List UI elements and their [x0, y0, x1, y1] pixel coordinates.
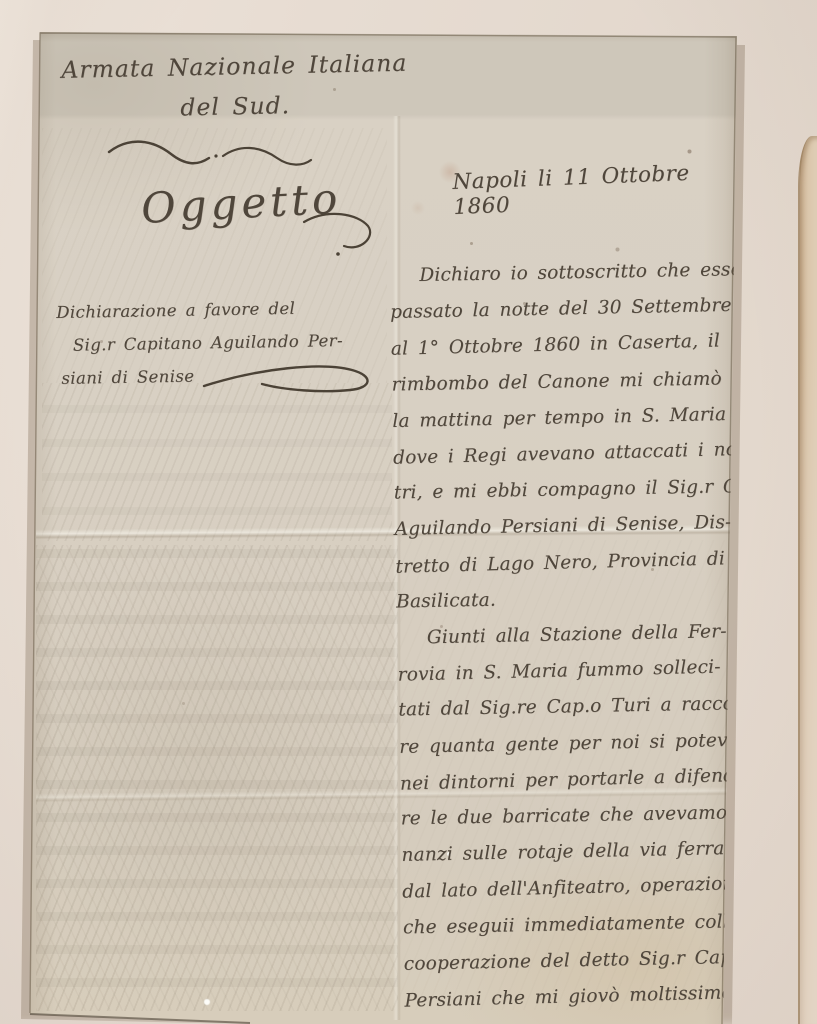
letterhead: Armata Nazionale Italiana del Sud. [58, 43, 412, 130]
letter-line: tati dal Sig.re Cap.o Turi a raccoglie- [398, 686, 751, 729]
manuscript-page: Armata Nazionale Italiana del Sud. Ogget… [0, 0, 817, 1024]
ink-bleedthrough-texture [42, 383, 392, 541]
photo-of-document: Armata Nazionale Italiana del Sud. Ogget… [0, 0, 817, 1024]
letterhead-line: Armata Nazionale Italiana [58, 43, 411, 90]
paper-flecks [0, 0, 4, 4]
letter-body: Dichiaro io sottoscritto che essendo pas… [389, 252, 757, 1019]
oggetto-swash-icon [300, 206, 380, 260]
paper-edge-shading [40, 32, 738, 42]
flourish-divider-icon [105, 136, 315, 170]
letter-line: tri, e mi ebbi compagno il Sig.r Cap.o [394, 469, 747, 512]
letter-line: rimbombo del Canone mi chiamò [391, 361, 744, 404]
adjacent-sheet-fade [800, 136, 817, 1024]
ink-bleedthrough-texture [36, 545, 398, 1011]
letter-line: Basilicata. [396, 578, 749, 621]
foxing-speckles [0, 0, 3, 3]
letter-line: Dichiaro io sottoscritto che essendo [389, 252, 742, 295]
letter-line: che eseguii immediatamente colla [403, 904, 756, 947]
letterhead-line: del Sud. [59, 83, 412, 130]
letter-line: re le due barricate che avevamo in- [400, 795, 753, 838]
subject-line: Sig.r Capitano Aguilando Per- [57, 323, 392, 362]
adjacent-sheet-corner [798, 136, 817, 1024]
subject-flourish-icon [200, 360, 382, 396]
